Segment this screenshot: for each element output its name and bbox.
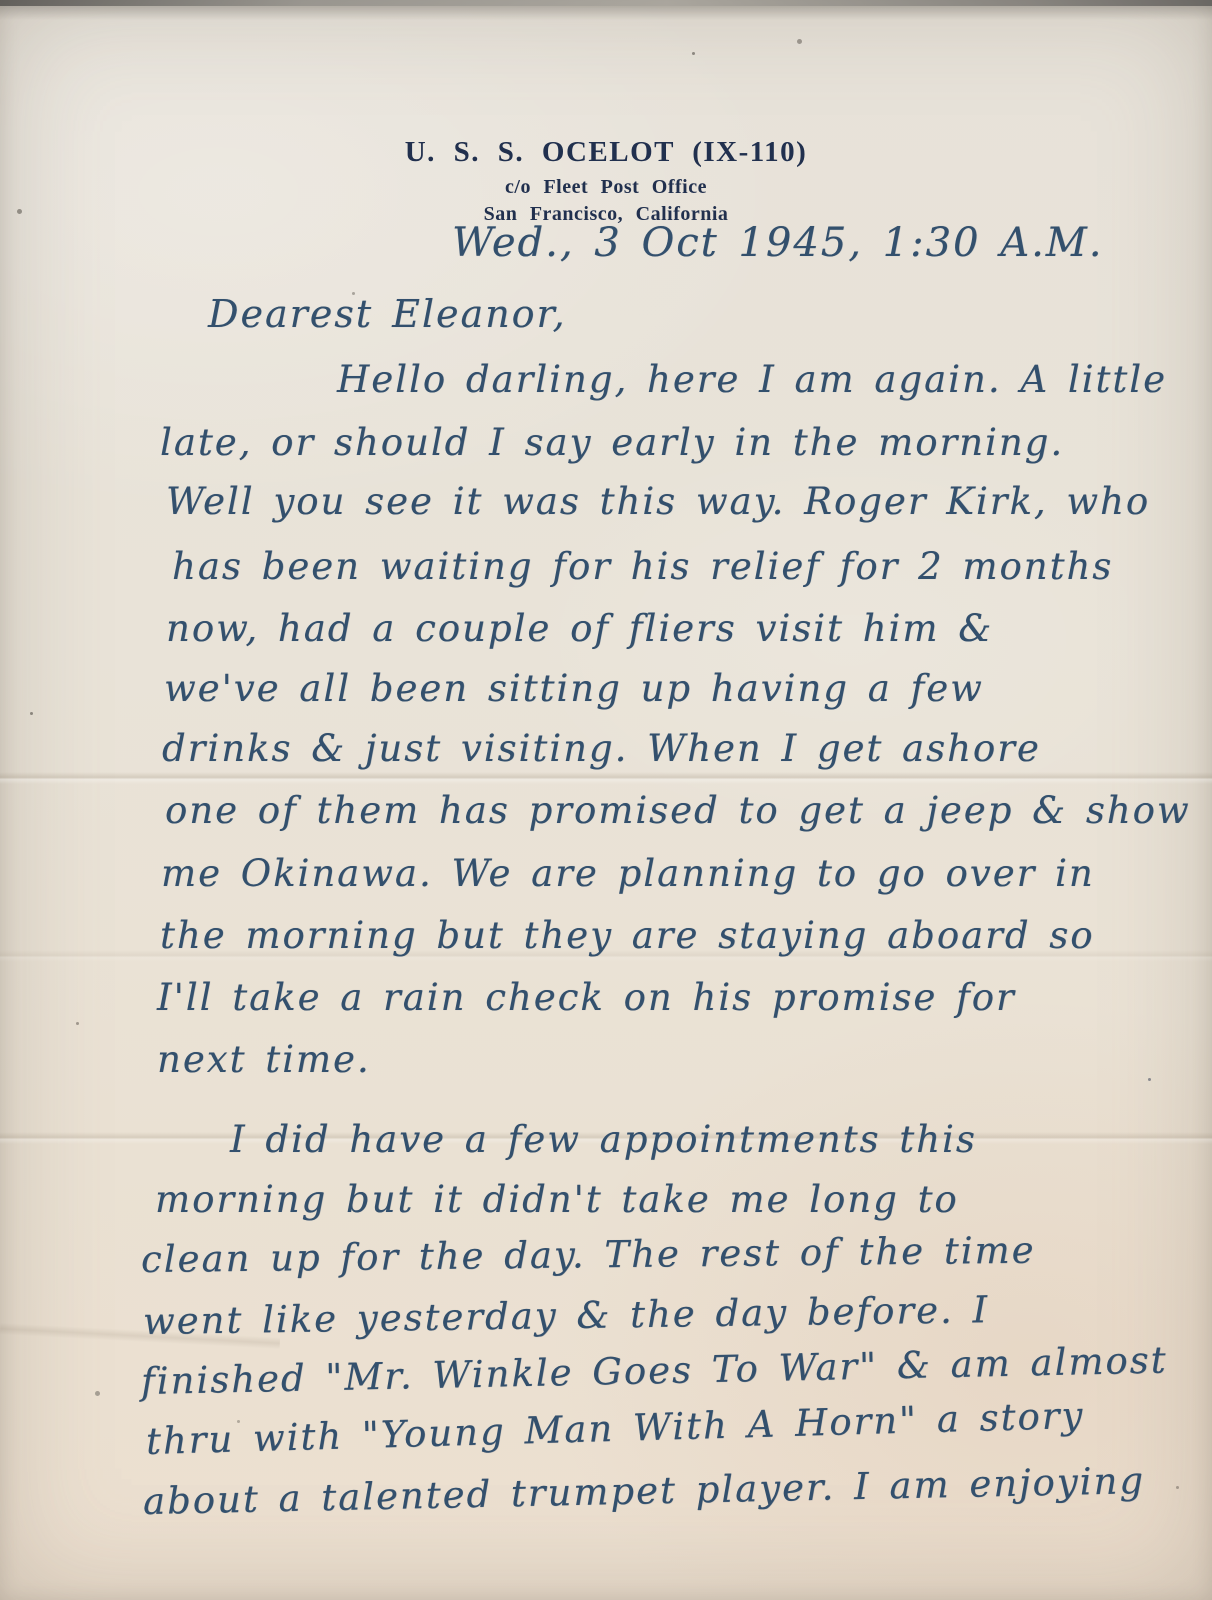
letter-line-17: finished "Mr. Winkle Goes To War" & am a…: [141, 1339, 1168, 1403]
letter-line-18: thru with "Young Man With A Horn" a stor…: [145, 1394, 1084, 1463]
letter-line-12: next time.: [157, 1038, 371, 1081]
letter-line-15: clean up for the day. The rest of the ti…: [141, 1229, 1036, 1281]
letter-line-5: now, had a couple of fliers visit him &: [166, 607, 993, 650]
letter-line-8: one of them has promised to get a jeep &…: [165, 789, 1191, 832]
scan-edge-shadow: [0, 6, 1212, 20]
letter-line-6: we've all been sitting up having a few: [164, 667, 984, 710]
letter-line-13: I did have a few appointments this: [230, 1118, 977, 1161]
fold-crease-upper: [0, 772, 1212, 784]
letter-line-7: drinks & just visiting. When I get ashor…: [162, 727, 1041, 770]
letter-line-9: me Okinawa. We are planning to go over i…: [161, 852, 1095, 895]
letter-line-3: Well you see it was this way. Roger Kirk…: [166, 480, 1150, 523]
letter-page: U. S. S. OCELOT (IX-110) c/o Fleet Post …: [0, 0, 1212, 1600]
paper-specks: [30, 712, 33, 715]
letter-line-4: has been waiting for his relief for 2 mo…: [172, 545, 1113, 588]
letter-line-19: about a talented trumpet player. I am en…: [143, 1459, 1146, 1523]
letterhead-fleet-post-office: c/o Fleet Post Office: [0, 176, 1212, 199]
letter-line-16: went like yesterday & the day before. I: [143, 1288, 990, 1343]
letterhead-ship-name: U. S. S. OCELOT (IX-110): [0, 136, 1212, 169]
letter-line-2: late, or should I say early in the morni…: [160, 421, 1064, 464]
letterhead: U. S. S. OCELOT (IX-110) c/o Fleet Post …: [0, 136, 1212, 226]
letter-line-11: I'll take a rain check on his promise fo…: [157, 976, 1016, 1019]
salutation: Dearest Eleanor,: [208, 292, 567, 336]
letter-line-1: Hello darling, here I am again. A little: [337, 358, 1167, 401]
letter-line-10: the morning but they are staying aboard …: [160, 914, 1095, 957]
letter-line-14: morning but it didn't take me long to: [155, 1178, 959, 1221]
date-line: Wed., 3 Oct 1945, 1:30 A.M.: [452, 220, 1103, 266]
